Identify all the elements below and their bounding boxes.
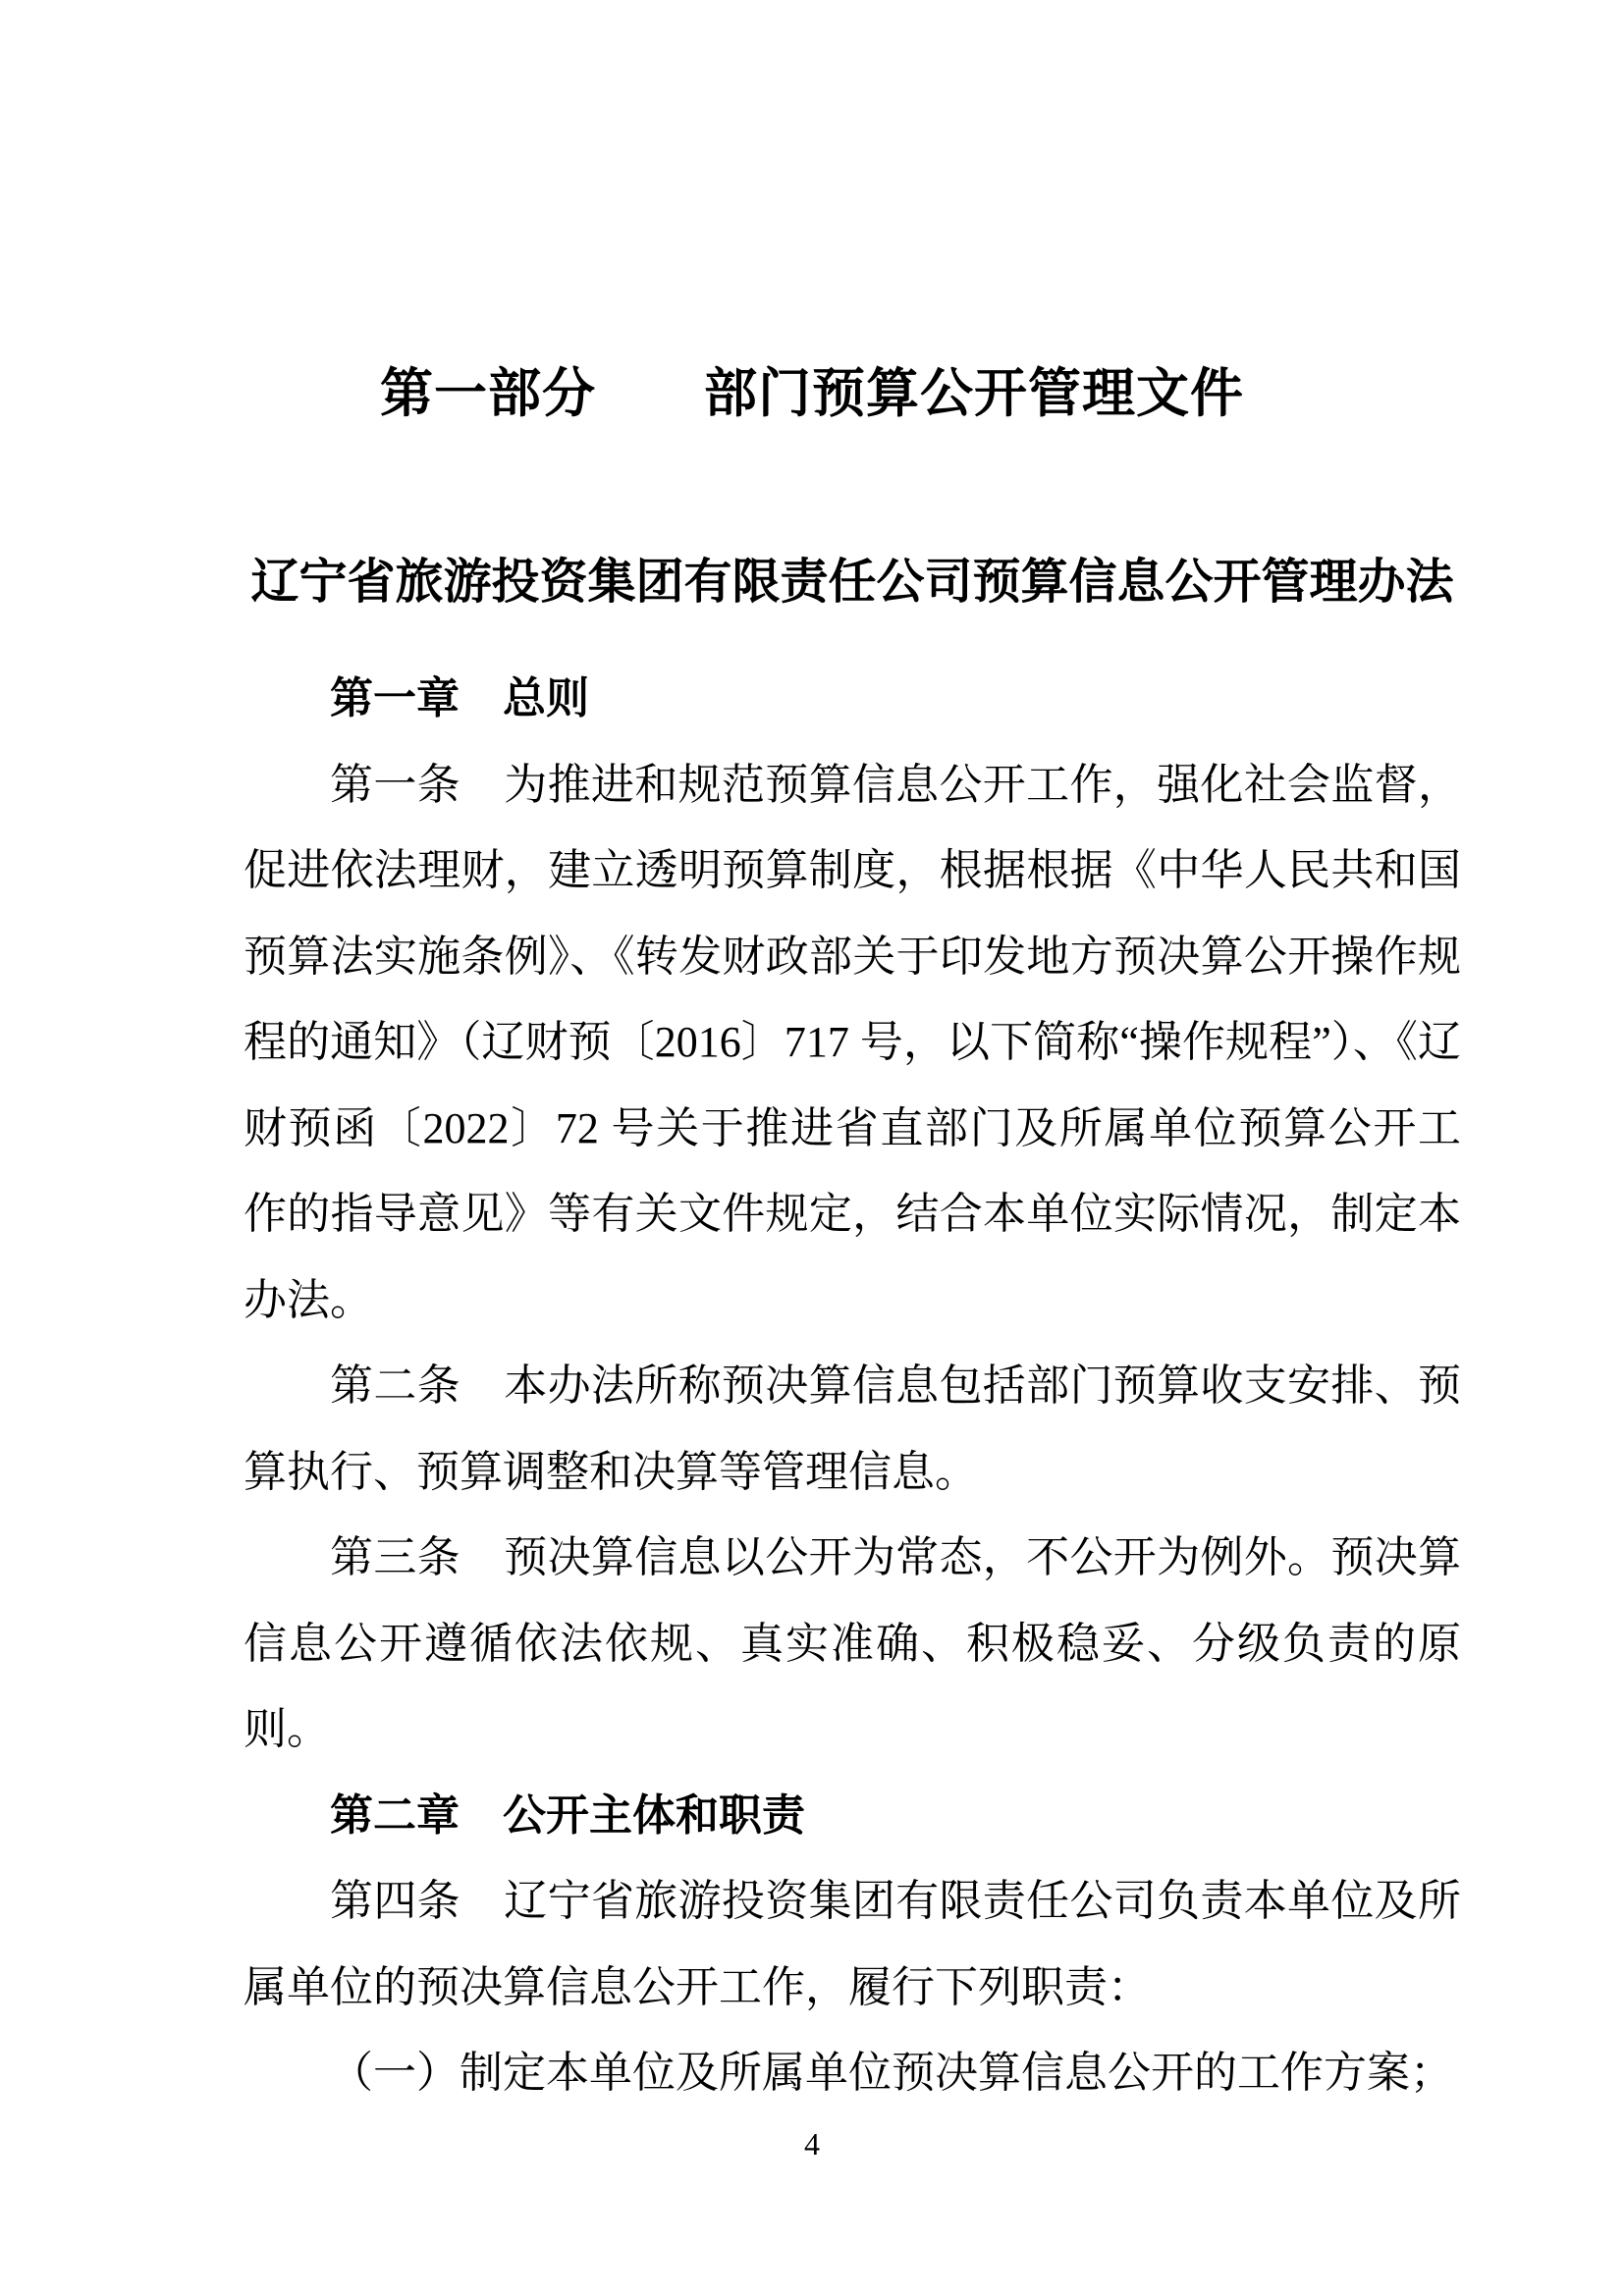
paragraph-article-1: 第一条 为推进和规范预算信息公开工作，强化社会监督，促进依法理财，建立透明预算制… <box>244 742 1461 1344</box>
chapter-heading-1: 第一章 总则 <box>244 656 1461 742</box>
document-page: 第一部分 部门预算公开管理文件 辽宁省旅游投资集团有限责任公司预算信息公开管理办… <box>0 0 1624 2296</box>
paragraph-article-3: 第三条 预决算信息以公开为常态，不公开为例外。预决算信息公开遵循依法依规、真实准… <box>244 1515 1461 1773</box>
page-number: 4 <box>0 2126 1624 2162</box>
paragraph-article-4: 第四条 辽宁省旅游投资集团有限责任公司负责本单位及所属单位的预决算信息公开工作，… <box>244 1858 1461 2030</box>
document-title: 辽宁省旅游投资集团有限责任公司预算信息公开管理办法 <box>244 557 1461 608</box>
document-body: 第一章 总则 第一条 为推进和规范预算信息公开工作，强化社会监督，促进依法理财，… <box>244 656 1461 2116</box>
part-title: 第一部分 部门预算公开管理文件 <box>0 366 1624 421</box>
paragraph-article-2: 第二条 本办法所称预决算信息包括部门预算收支安排、预算执行、预算调整和决算等管理… <box>244 1343 1461 1515</box>
chapter-heading-2: 第二章 公开主体和职责 <box>244 1773 1461 1859</box>
paragraph-item-1: （一）制定本单位及所属单位预决算信息公开的工作方案； <box>244 2030 1461 2116</box>
